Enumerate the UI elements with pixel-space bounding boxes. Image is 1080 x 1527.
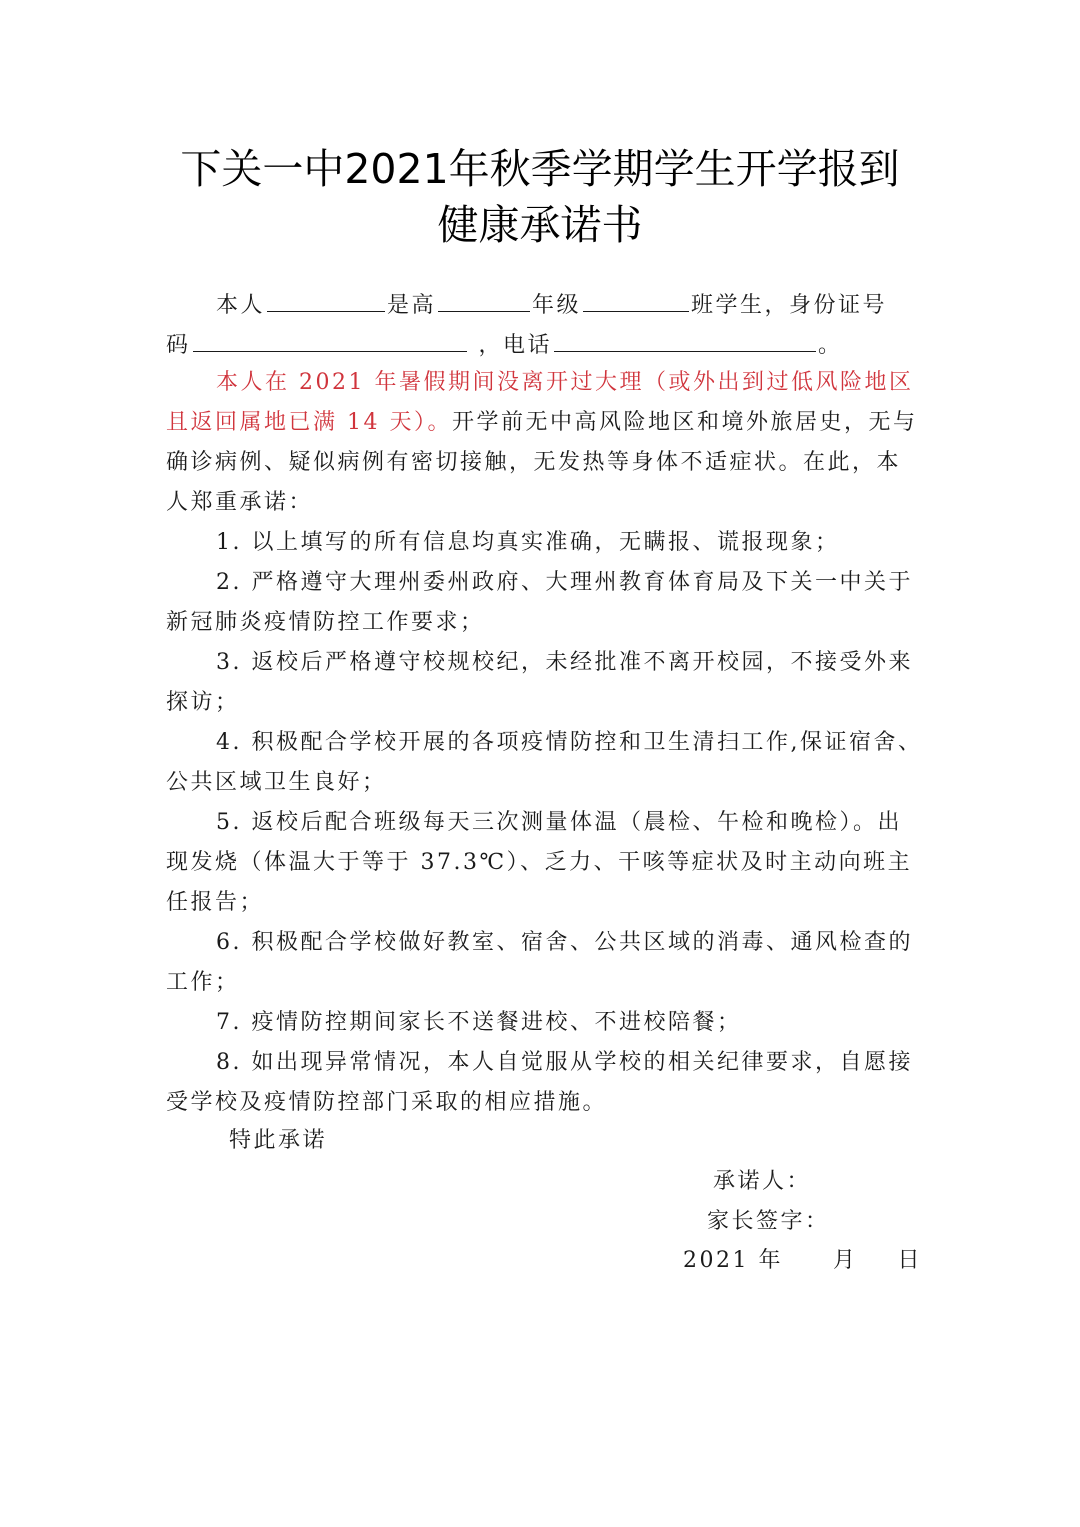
pledge-item-3-cont: 探访； (166, 683, 916, 723)
name-blank-field[interactable] (267, 283, 385, 312)
phone-blank-field[interactable] (554, 323, 816, 352)
pledge-item-2-cont: 新冠肺炎疫情防控工作要求； (166, 603, 916, 643)
pledge-item-3: 3. 返校后严格遵守校规校纪，未经批准不离开校园，不接受外来 (166, 643, 966, 683)
pledge-item-8-cont: 受学校及疫情防控部门采取的相应措施。 (166, 1083, 916, 1123)
pledge-item-4-cont: 公共区域卫生良好； (166, 763, 916, 803)
id-number-blank-field[interactable] (193, 323, 467, 352)
form-line-1: 本人是高年级班学生，身份证号 (166, 283, 966, 326)
pledge-item-6: 6. 积极配合学校做好教室、宿舍、公共区域的消毒、通风检查的 (166, 923, 966, 963)
pledge-item-4: 4. 积极配合学校开展的各项疫情防控和卫生清扫工作,保证宿舍、 (166, 723, 966, 763)
label-id-cont: 码 (166, 333, 191, 358)
intro-line-2: 且返回属地已满 14 天）。开学前无中高风险地区和境外旅居史，无与 (166, 403, 916, 443)
end-mark: 。 (818, 333, 843, 358)
promisor-signature-label: 承诺人： (713, 1162, 811, 1202)
label-class: 班学生，身份证号 (691, 293, 887, 318)
pledge-item-8: 8. 如出现异常情况，本人自觉服从学校的相关纪律要求，自愿接 (166, 1043, 966, 1083)
label-phone: ，电话 (479, 333, 553, 358)
parent-signature-label: 家长签字： (707, 1202, 830, 1242)
class-blank-field[interactable] (583, 283, 689, 312)
closing-text: 特此承诺 (229, 1121, 327, 1161)
document-title-line2: 健康承诺书 (0, 192, 1080, 251)
intro-line-1: 本人在 2021 年暑假期间没离开过大理（或外出到过低风险地区 (166, 363, 966, 403)
intro-line-4: 人郑重承诺： (166, 483, 916, 523)
date-year: 2021 年 (683, 1248, 783, 1273)
pledge-item-5-cont1: 现发烧（体温大于等于 37.3℃）、乏力、干咳等症状及时主动向班主 (166, 843, 916, 883)
pledge-item-5-cont2: 任报告； (166, 883, 916, 923)
date-month: 月 (833, 1248, 858, 1273)
date-day: 日 (898, 1248, 923, 1273)
document-title-line1: 下关一中2021年秋季学期学生开学报到 (0, 136, 1080, 195)
label-grade-prefix: 是高 (387, 293, 436, 318)
label-self: 本人 (216, 293, 265, 318)
pledge-item-6-cont: 工作； (166, 963, 916, 1003)
pledge-item-5: 5. 返校后配合班级每天三次测量体温（晨检、午检和晚检）。出 (166, 803, 966, 843)
intro-line-3: 确诊病例、疑似病例有密切接触，无发热等身体不适症状。在此，本 (166, 443, 916, 483)
pledge-item-1: 1. 以上填写的所有信息均真实准确，无瞒报、谎报现象； (166, 523, 966, 563)
intro-black-part: 开学前无中高风险地区和境外旅居史，无与 (452, 410, 918, 435)
grade-blank-field[interactable] (438, 283, 530, 312)
form-line-2: 码，电话。 (166, 323, 916, 366)
pledge-item-2: 2. 严格遵守大理州委州政府、大理州教育体育局及下关一中关于 (166, 563, 966, 603)
pledge-item-7: 7. 疫情防控期间家长不送餐进校、不进校陪餐； (166, 1003, 966, 1043)
label-grade: 年级 (532, 293, 581, 318)
intro-red-part: 且返回属地已满 14 天）。 (166, 410, 452, 435)
date-line: 2021 年月日 (683, 1241, 922, 1281)
